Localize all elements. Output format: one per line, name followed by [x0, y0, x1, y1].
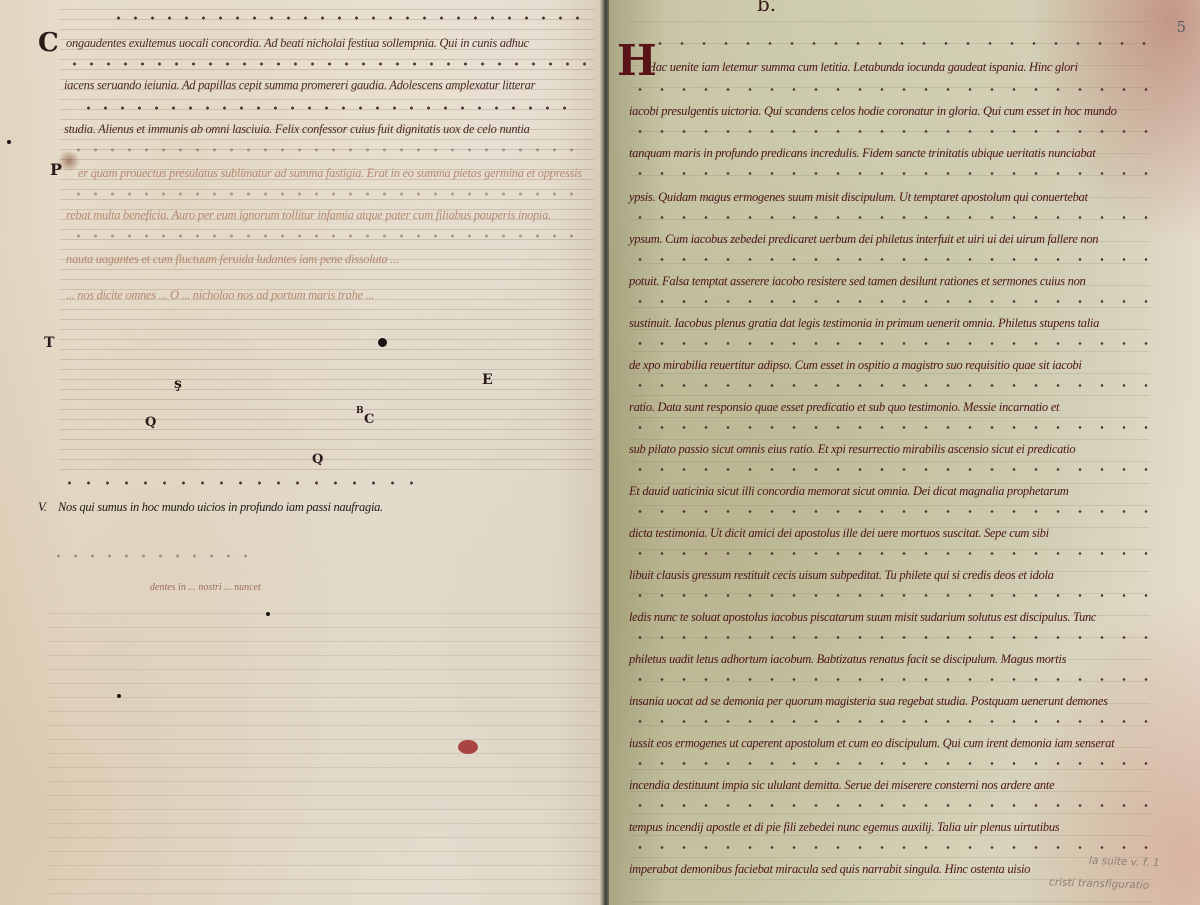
flourish-mark: ş: [174, 376, 182, 392]
verse-marker: V.: [38, 500, 47, 515]
text-line: tanquam maris in profundo predicans incr…: [629, 146, 1095, 161]
neumes: [629, 550, 1149, 562]
neumes: [50, 552, 250, 564]
ink-dot: [7, 140, 11, 144]
text-line: sustinuit. Iacobus plenus gratia dat leg…: [629, 316, 1099, 331]
top-mark: b.: [757, 0, 776, 16]
neumes: [70, 146, 580, 158]
neumes: [629, 214, 1149, 226]
text-line: er quam prouectus presulatus sublimatur …: [78, 166, 582, 181]
text-line: ypsis. Quidam magus ermogenes suum misit…: [629, 190, 1088, 205]
text-line: sub pilato passio sicut omnis eius ratio…: [629, 442, 1075, 457]
neumes: [70, 232, 580, 244]
text-line: dicta testimonia. Ut dicit amici dei apo…: [629, 526, 1049, 541]
neumes: [629, 802, 1149, 814]
text-line: philetus uadit letus adhortum iacobum. B…: [629, 652, 1066, 667]
neumes: [80, 104, 580, 116]
left-folio: C ongaudentes exultemus uocali concordia…: [0, 0, 602, 905]
neumes: [629, 676, 1149, 688]
text-line: dentes in ... nostri ... nuncet: [150, 582, 261, 593]
marginal-letter-q: Q: [312, 452, 323, 467]
decorated-initial-c: C: [38, 28, 59, 58]
marginal-letter-c: C: [364, 412, 374, 427]
text-line: Et dauid uaticinia sicut illi concordia …: [629, 484, 1068, 499]
neumes: [649, 40, 1149, 52]
neumes: [629, 424, 1149, 436]
neumes: [629, 760, 1149, 772]
neumes: [110, 14, 580, 26]
text-line: insania uocat ad se demonia per quorum m…: [629, 694, 1108, 709]
neumes: [60, 478, 420, 490]
text-line: nauta uagantes et cum fluctuum feruida l…: [66, 252, 399, 267]
text-line: ratio. Data sunt responsio quae esset pr…: [629, 400, 1059, 415]
pencil-margin-note: la suite v. f. 1: [1089, 855, 1160, 869]
text-line: ongaudentes exultemus uocali concordia. …: [66, 36, 529, 51]
text-line: iussit eos ermogenes ut caperent apostol…: [629, 736, 1114, 751]
text-line: libuit clausis gressum restituit cecis u…: [629, 568, 1054, 583]
neumes: [629, 382, 1149, 394]
text-line: ypsum. Cum iacobus zebedei predicaret ue…: [629, 232, 1098, 247]
neumes: [629, 128, 1149, 140]
text-line: potuit. Falsa temptat asserere iacobo re…: [629, 274, 1086, 289]
marginal-letter-e: E: [482, 372, 493, 388]
neumes: [629, 340, 1149, 352]
text-line: de xpo mirabilia reuertitur adipso. Cum …: [629, 358, 1082, 373]
right-folio: b. 5 H Hac uenite iam letemur summa cum …: [609, 0, 1200, 905]
neumes: [629, 256, 1149, 268]
folio-number: 5: [1176, 18, 1186, 36]
neumes: [629, 170, 1149, 182]
manuscript-spread: C ongaudentes exultemus uocali concordia…: [0, 0, 1200, 905]
text-line: rebat multa beneficia. Auro per eum igno…: [66, 208, 551, 223]
marginal-letter-b: B: [356, 406, 364, 416]
neumes: [629, 718, 1149, 730]
text-line: studia. Alienus et immunis ab omni lasci…: [64, 122, 530, 137]
marginal-letter-t: T: [44, 335, 54, 351]
text-line: Hac uenite iam letemur summa cum letitia…: [647, 60, 1078, 75]
ink-dot: [266, 612, 270, 616]
neumes: [70, 190, 580, 202]
marginal-letter-q: Q: [145, 415, 156, 430]
text-line: ledis nunc te soluat apostolus iacobus p…: [629, 610, 1096, 625]
neumes: [629, 86, 1149, 98]
text-line: tempus incendij apostle et di pie fili z…: [629, 820, 1059, 835]
red-stain: [458, 740, 478, 754]
neumes: [629, 298, 1149, 310]
blank-ruled-area: [48, 600, 598, 900]
neumes: [629, 466, 1149, 478]
text-line: Nos qui sumus in hoc mundo uicios in pro…: [58, 500, 383, 515]
text-line: ... nos dicite omnes ... O ... nicholao …: [66, 288, 374, 303]
neumes: [629, 634, 1149, 646]
text-line: iacobi presulgentis uictoria. Qui scande…: [629, 104, 1117, 119]
neumes: [629, 508, 1149, 520]
text-line: incendia destituunt impia sic ululant de…: [629, 778, 1054, 793]
ink-dot: [117, 694, 121, 698]
ink-blot: [378, 338, 387, 347]
text-line: iacens seruando ieiunia. Ad papillas cep…: [64, 78, 535, 93]
text-line: imperabat demonibus faciebat miracula se…: [629, 862, 1030, 877]
ink-stain: [58, 150, 80, 172]
neumes: [66, 60, 586, 72]
neumes: [629, 592, 1149, 604]
neumes: [629, 844, 1149, 856]
